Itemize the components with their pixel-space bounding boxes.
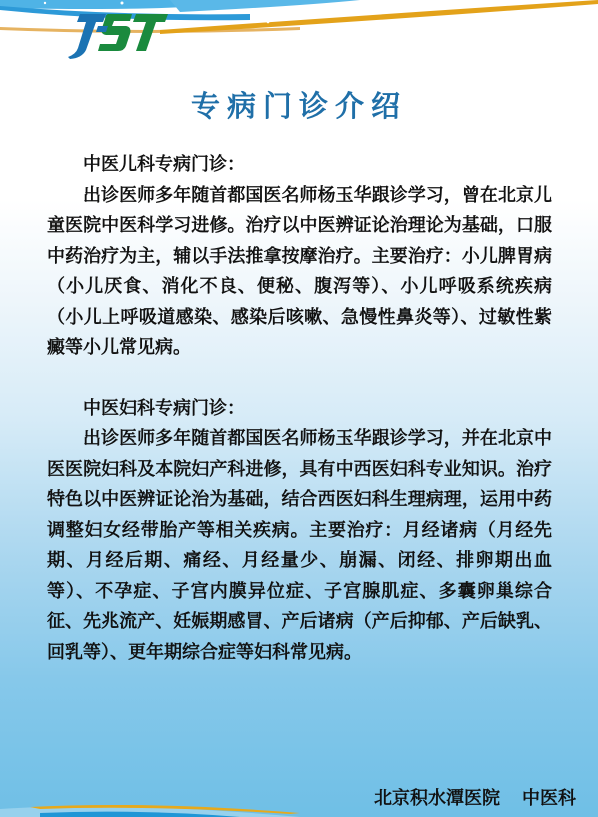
- section-heading-pediatrics: 中医儿科专病门诊：: [47, 150, 552, 181]
- jst-logo: [62, 8, 172, 60]
- section-heading-gynecology: 中医妇科专病门诊：: [47, 394, 552, 425]
- footer-wave: [0, 797, 598, 817]
- page-title: 专病门诊介绍: [0, 84, 598, 125]
- section-spacer: [47, 364, 552, 394]
- content-body: 中医儿科专病门诊： 出诊医师多年随首都国医名师杨玉华跟诊学习，曾在北京儿童医院中…: [47, 150, 552, 668]
- section-body-pediatrics: 出诊医师多年随首都国医名师杨玉华跟诊学习，曾在北京儿童医院中医科学习进修。治疗以…: [47, 181, 552, 364]
- section-body-gynecology: 出诊医师多年随首都国医名师杨玉华跟诊学习，并在北京中医医院妇科及本院妇产科进修，…: [47, 424, 552, 668]
